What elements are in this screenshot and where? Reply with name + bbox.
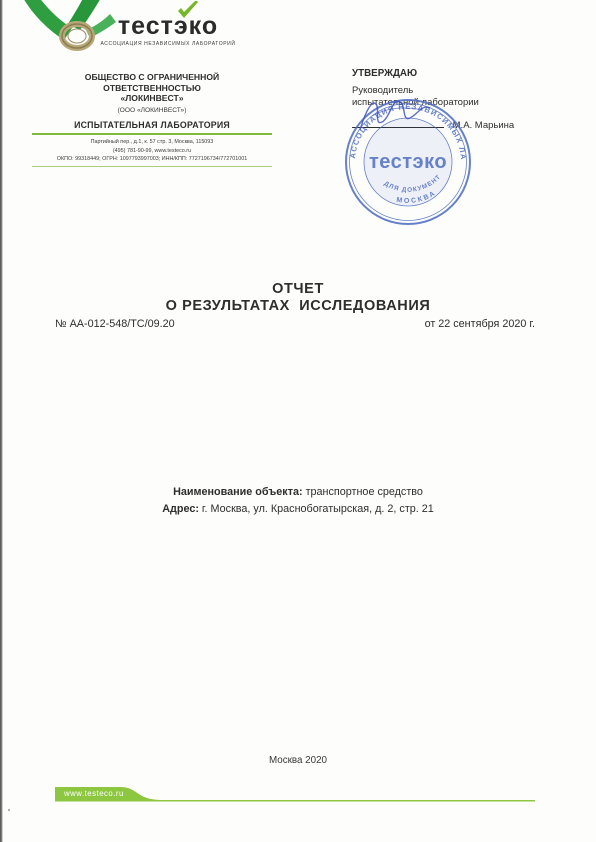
- report-title-block: ОТЧЕТ О РЕЗУЛЬТАТАХ ИССЛЕДОВАНИЯ: [0, 281, 596, 314]
- footer-site-link[interactable]: www.testeco.ru: [64, 789, 124, 798]
- city-year: Москва 2020: [0, 755, 596, 766]
- stamp-center-text: тестэко: [369, 151, 447, 173]
- report-number: № АА-012-548/ТС/09.20: [55, 318, 175, 330]
- org-codes: ОКПО: 99318449; ОГРН: 1097793997003; ИНН…: [32, 155, 272, 163]
- logo-text: тестэко: [118, 12, 218, 40]
- org-phone-site: (495) 781-90-99, www.testeco.ru: [32, 147, 272, 155]
- logo-checkmark-icon: [176, 1, 200, 21]
- report-title-line1: ОТЧЕТ: [0, 281, 596, 297]
- organization-block: ОБЩЕСТВО С ОГРАНИЧЕННОЙ ОТВЕТСТВЕННОСТЬЮ…: [32, 72, 272, 167]
- scan-edge-shadow: [0, 0, 3, 842]
- org-divider-line: [32, 133, 272, 135]
- object-info-block: Наименование объекта: транспортное средс…: [0, 484, 596, 517]
- object-name-label: Наименование объекта:: [173, 486, 303, 498]
- logo-wordmark: тестэко: [118, 14, 218, 39]
- org-address: Партийный пер., д.1, к. 57 стр. 3, Москв…: [32, 138, 272, 146]
- scan-speck: [8, 809, 10, 811]
- org-name-line1: ОБЩЕСТВО С ОГРАНИЧЕННОЙ: [32, 72, 272, 83]
- object-name-value: транспортное средство: [303, 486, 423, 498]
- org-lab-title: ИСПЫТАТЕЛЬНАЯ ЛАБОРАТОРИЯ: [32, 120, 272, 130]
- object-address-row: Адрес: г. Москва, ул. Краснобогатырская,…: [0, 501, 596, 518]
- object-name-row: Наименование объекта: транспортное средс…: [0, 484, 596, 501]
- org-short-name: (ООО «ЛОКИНВЕСТ»): [32, 107, 272, 114]
- report-date: от 22 сентября 2020 г.: [425, 318, 535, 330]
- report-cover-page: тестэко АССОЦИАЦИЯ НЕЗАВИСИМЫХ ЛАБОРАТОР…: [0, 0, 596, 842]
- handwritten-signature: [352, 92, 472, 137]
- object-address-label: Адрес:: [162, 503, 199, 515]
- report-number-row: № АА-012-548/ТС/09.20 от 22 сентября 202…: [55, 318, 535, 330]
- org-name-line3: «ЛОКИНВЕСТ»: [32, 93, 272, 104]
- object-address-value: г. Москва, ул. Краснобогатырская, д. 2, …: [199, 503, 434, 515]
- org-divider-line-2: [32, 166, 272, 167]
- logo-tagline: АССОЦИАЦИЯ НЕЗАВИСИМЫХ ЛАБОРАТОРИЙ: [88, 41, 248, 47]
- approve-label: УТВЕРЖДАЮ: [352, 68, 562, 81]
- report-title-line2: О РЕЗУЛЬТАТАХ ИССЛЕДОВАНИЯ: [0, 298, 596, 314]
- org-name-line2: ОТВЕТСТВЕННОСТЬЮ: [32, 83, 272, 94]
- testeco-logo: тестэко АССОЦИАЦИЯ НЕЗАВИСИМЫХ ЛАБОРАТОР…: [88, 14, 248, 47]
